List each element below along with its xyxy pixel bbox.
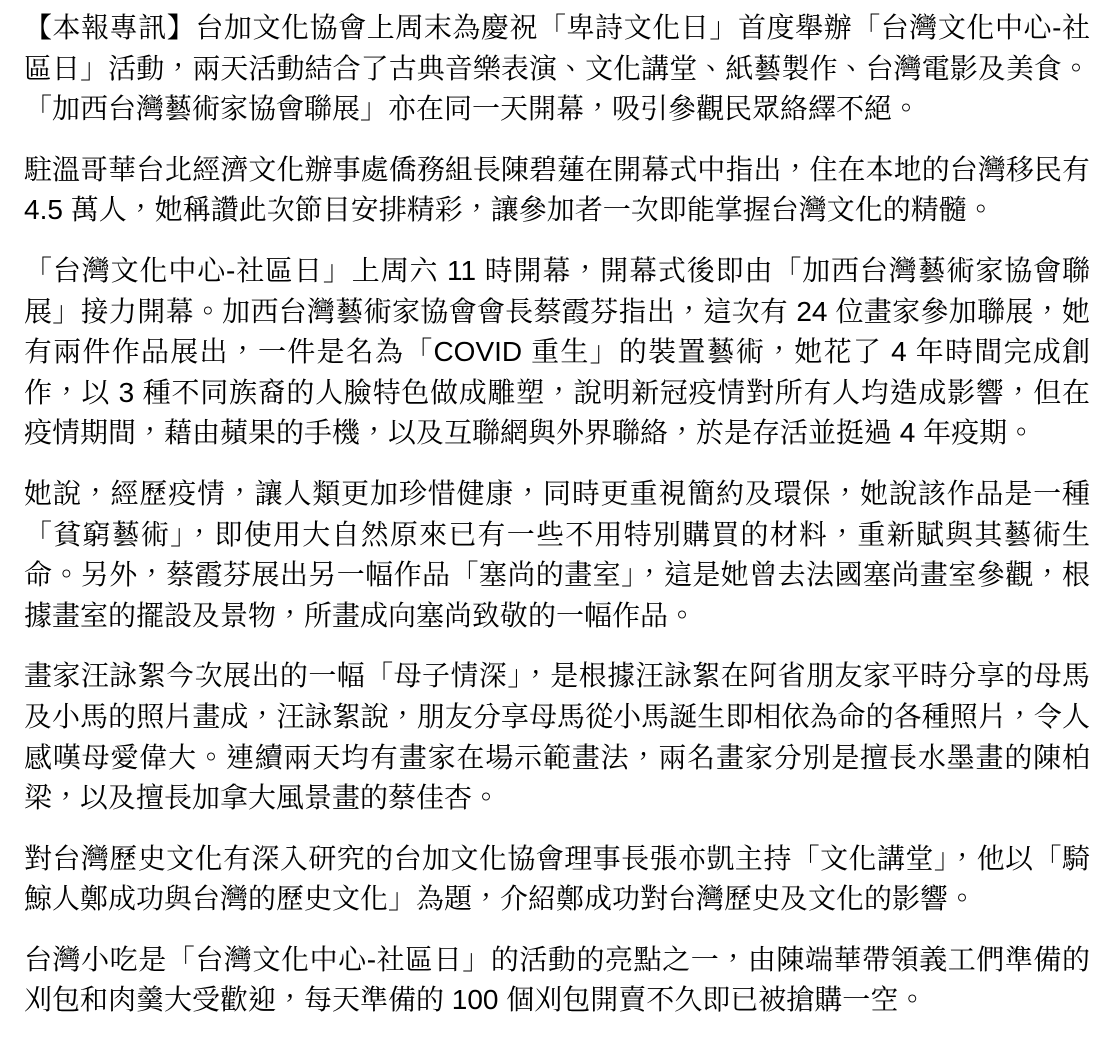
paragraph-1: 【本報專訊】台加文化協會上周末為慶祝「卑詩文化日」首度舉辦「台灣文化中心-社區日… [24, 8, 1090, 130]
paragraph-7: 台灣小吃是「台灣文化中心-社區日」的活動的亮點之一，由陳端華帶領義工們準備的刈包… [24, 940, 1090, 1021]
paragraph-2: 駐溫哥華台北經濟文化辦事處僑務組長陳碧蓮在開幕式中指出，住在本地的台灣移民有 4… [24, 150, 1090, 231]
news-article-body: 【本報專訊】台加文化協會上周末為慶祝「卑詩文化日」首度舉辦「台灣文化中心-社區日… [0, 0, 1105, 1021]
paragraph-5: 畫家汪詠絮今次展出的一幅「母子情深」，是根據汪詠絮在阿省朋友家平時分享的母馬及小… [24, 656, 1090, 818]
paragraph-6: 對台灣歷史文化有深入研究的台加文化協會理事長張亦凱主持「文化講堂」，他以「騎鯨人… [24, 839, 1090, 920]
paragraph-3: 「台灣文化中心-社區日」上周六 11 時開幕，開幕式後即由「加西台灣藝術家協會聯… [24, 251, 1090, 454]
paragraph-4: 她說，經歷疫情，讓人類更加珍惜健康，同時更重視簡約及環保，她說該作品是一種「貧窮… [24, 474, 1090, 636]
